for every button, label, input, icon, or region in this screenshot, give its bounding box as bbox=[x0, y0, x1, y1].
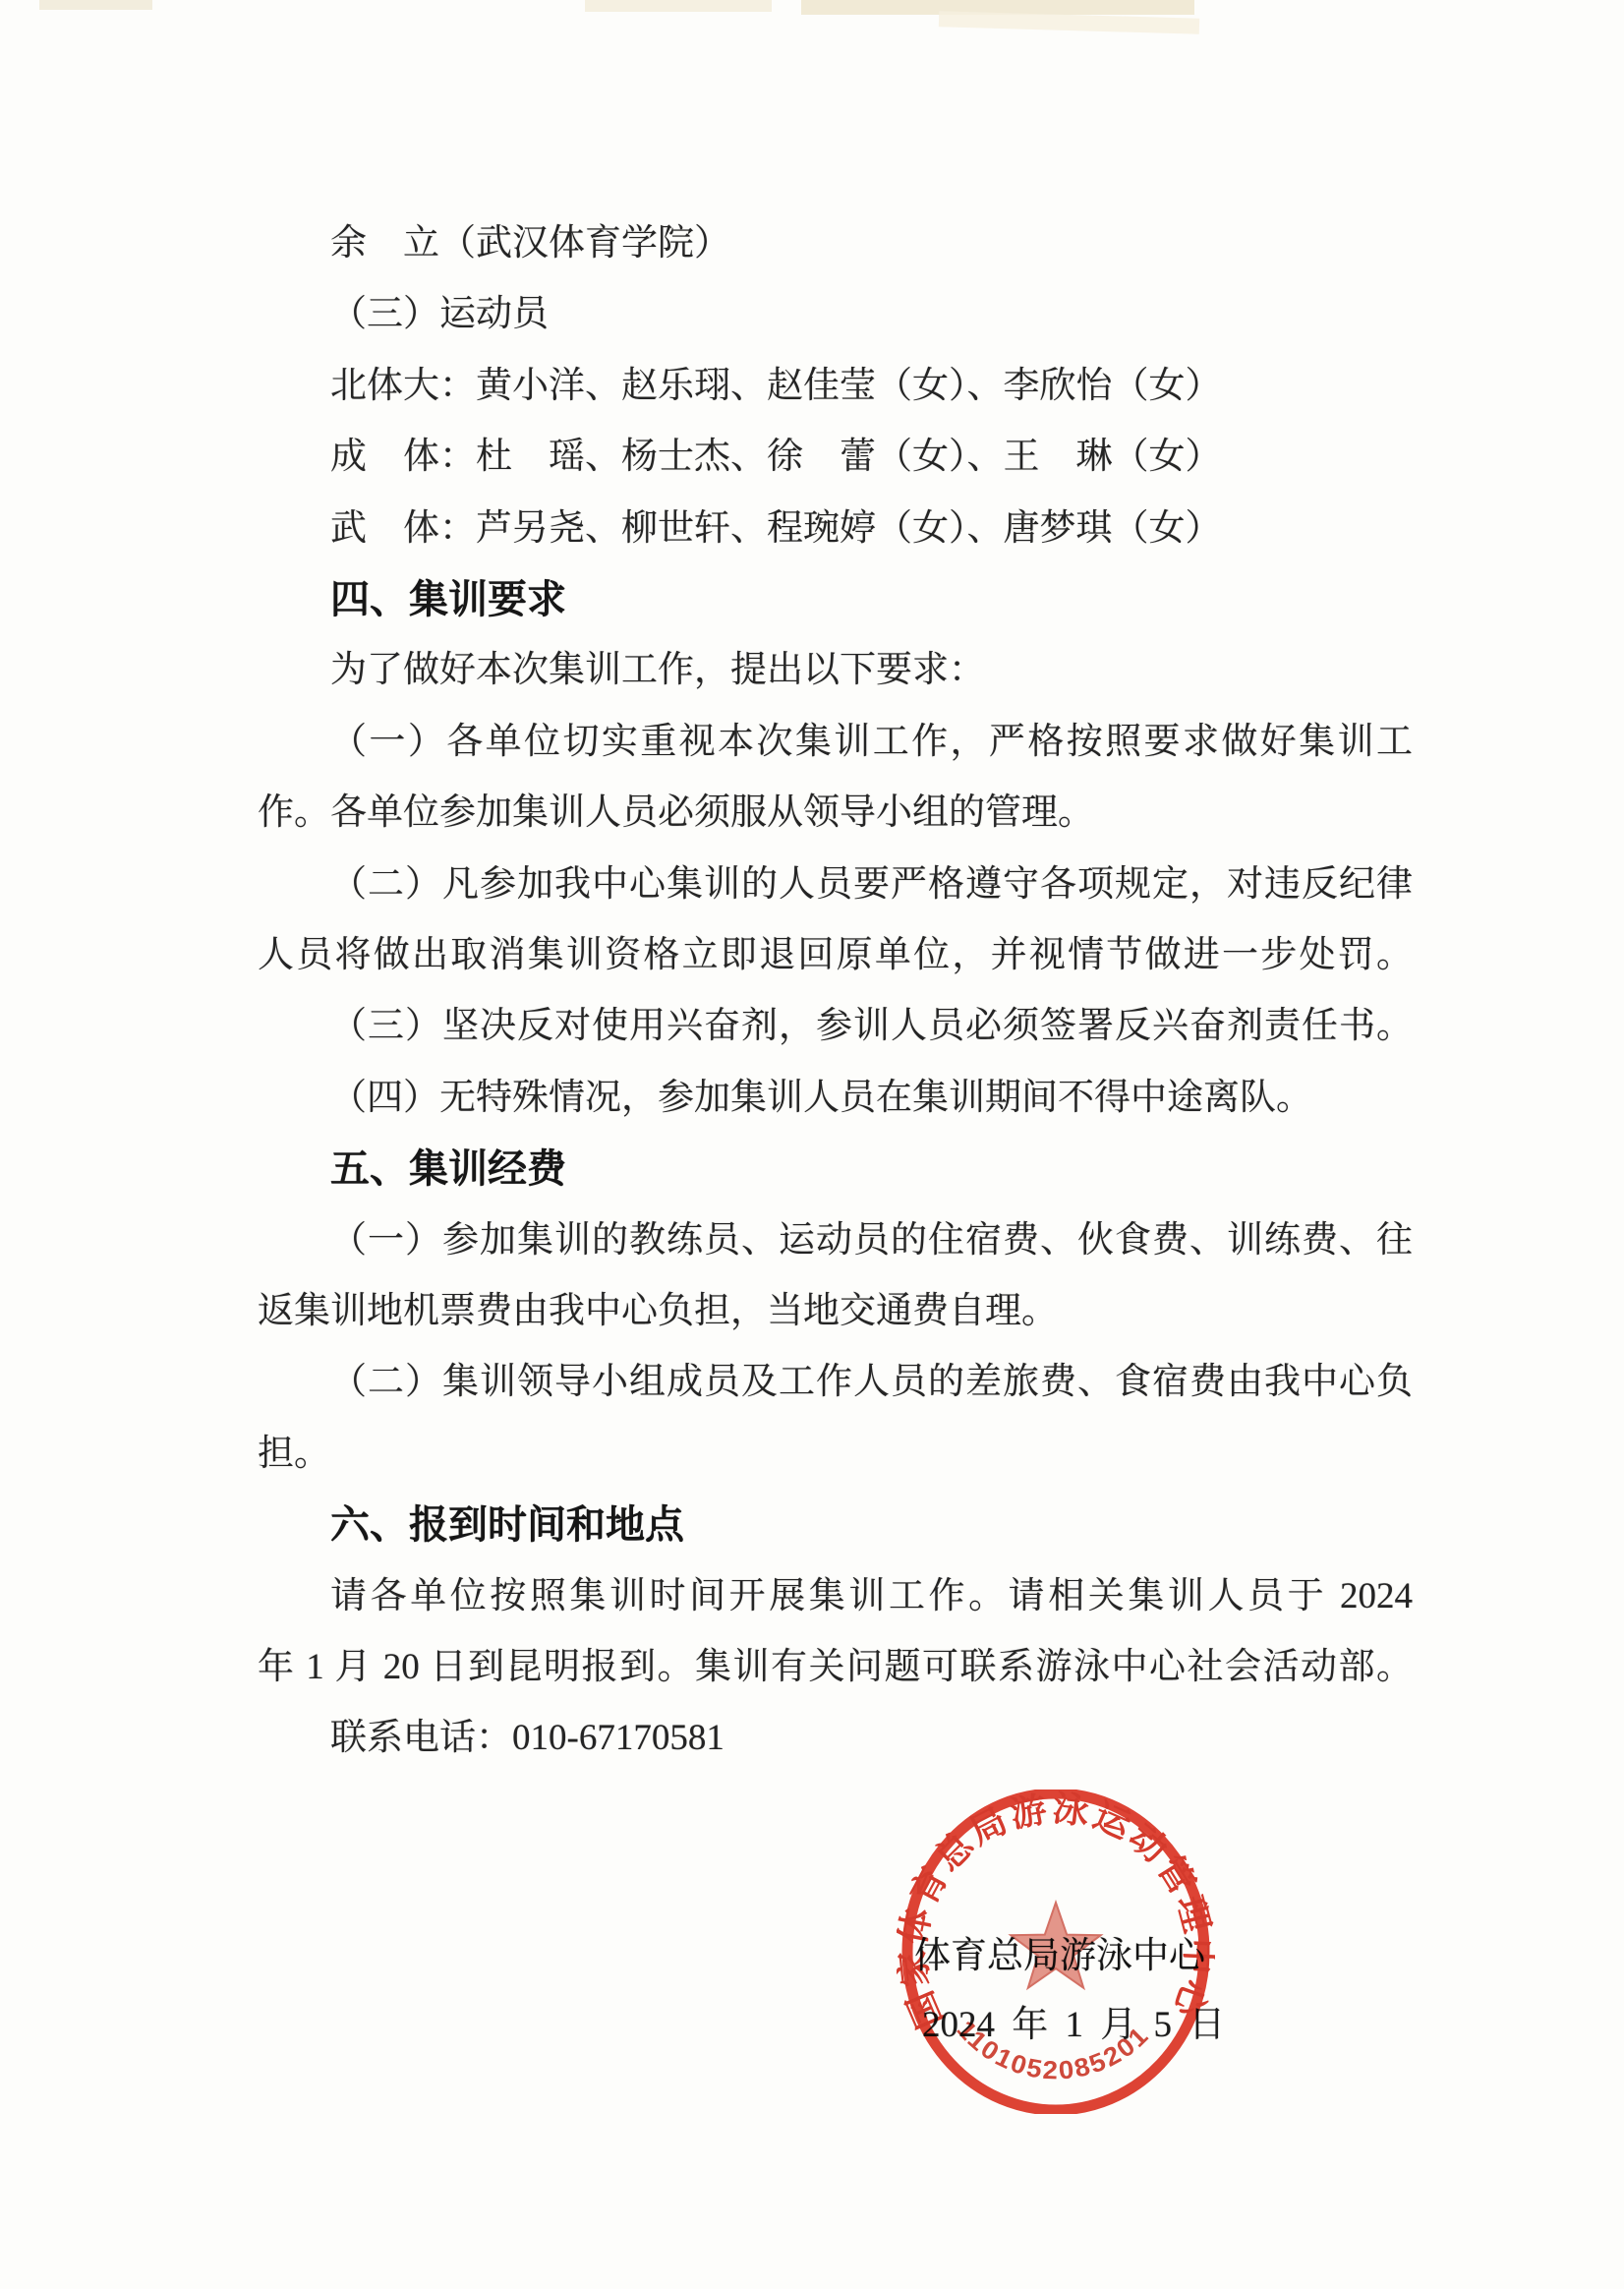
text-line: 作。各单位参加集训人员必须服从领导小组的管理。 bbox=[258, 785, 1413, 842]
text-line: （三）运动员 bbox=[330, 286, 1413, 343]
section-heading: 四、集训要求 bbox=[330, 571, 1413, 628]
text-line: （二）集训领导小组成员及工作人员的差旅费、食宿费由我中心负 bbox=[330, 1354, 1413, 1411]
text-line: 为了做好本次集训工作，提出以下要求： bbox=[330, 642, 1413, 699]
text-line: （一）参加集训的教练员、运动员的住宿费、伙食费、训练费、往 bbox=[330, 1212, 1413, 1269]
scan-artifact bbox=[939, 11, 1199, 33]
text-line: （一）各单位切实重视本次集训工作，严格按照要求做好集训工 bbox=[330, 714, 1413, 771]
text-line: 北体大：黄小洋、赵乐珝、赵佳莹（女）、李欣怡（女） bbox=[330, 358, 1413, 415]
text-line: （二）凡参加我中心集训的人员要严格遵守各项规定，对违反纪律 bbox=[330, 856, 1413, 913]
seal-date-text: 2024 年 1 月 5 日 bbox=[922, 2000, 1225, 2051]
scan-artifact bbox=[39, 0, 152, 10]
section-heading: 六、报到时间和地点 bbox=[330, 1497, 1413, 1554]
text-line: （四）无特殊情况，参加集训人员在集训期间不得中途离队。 bbox=[330, 1070, 1413, 1127]
section-heading: 五、集训经费 bbox=[330, 1141, 1413, 1198]
text-line: 年 1 月 20 日到昆明报到。集训有关问题可联系游泳中心社会活动部。 bbox=[258, 1639, 1413, 1696]
text-line: 成 体：杜 瑶、杨士杰、徐 蕾（女）、王 琳（女） bbox=[330, 429, 1413, 486]
text-line: 请各单位按照集训时间开展集训工作。请相关集训人员于 2024 bbox=[330, 1568, 1413, 1625]
scanned-page: 余 立（武汉体育学院）（三）运动员北体大：黄小洋、赵乐珝、赵佳莹（女）、李欣怡（… bbox=[0, 0, 1624, 2289]
seal-issuer-text: 体育总局游泳中心 bbox=[914, 1931, 1205, 1982]
text-line: 余 立（武汉体育学院） bbox=[330, 215, 1413, 272]
text-line: （三）坚决反对使用兴奋剂，参训人员必须签署反兴奋剂责任书。 bbox=[330, 998, 1413, 1055]
text-line: 联系电话：010-67170581 bbox=[330, 1710, 1413, 1767]
text-line: 人员将做出取消集训资格立即退回原单位，并视情节做进一步处罚。 bbox=[258, 927, 1413, 984]
text-line: 担。 bbox=[258, 1426, 1413, 1483]
scan-artifact bbox=[801, 0, 1194, 15]
text-line: 武 体：芦另尧、柳世轩、程琬婷（女）、唐梦琪（女） bbox=[330, 500, 1413, 558]
scan-artifact bbox=[585, 0, 772, 12]
text-line: 返集训地机票费由我中心负担，当地交通费自理。 bbox=[258, 1283, 1413, 1340]
